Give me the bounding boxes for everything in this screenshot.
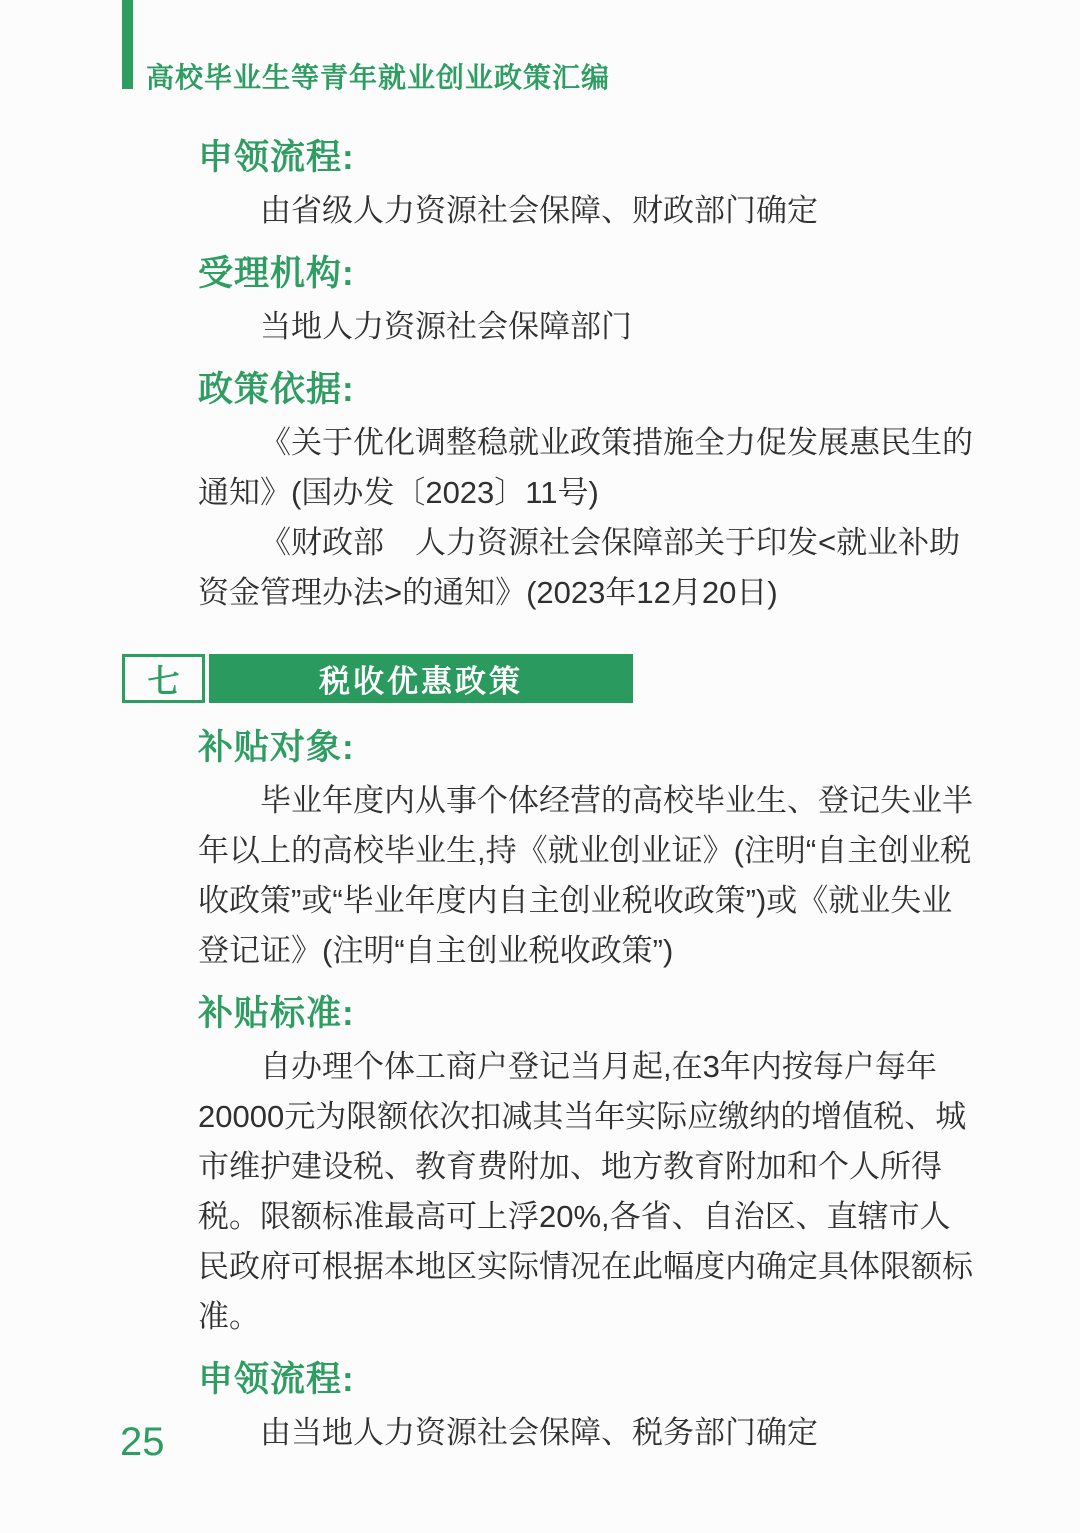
block-paragraph: 《关于优化调整稳就业政策措施全力促发展惠民生的通知》(国办发〔2023〕11号) bbox=[198, 418, 976, 518]
block-heading: 申领流程: bbox=[198, 1358, 976, 1402]
section-number-badge: 七 bbox=[122, 654, 205, 703]
page-content: 申领流程: 由省级人力资源社会保障、财政部门确定 受理机构: 当地人力资源社会保… bbox=[198, 136, 976, 1458]
block-paragraph: 由省级人力资源社会保障、财政部门确定 bbox=[198, 186, 976, 236]
block-paragraph: 当地人力资源社会保障部门 bbox=[198, 302, 976, 352]
block-heading: 补贴标准: bbox=[198, 992, 976, 1036]
block-paragraph: 毕业年度内从事个体经营的高校毕业生、登记失业半年以上的高校毕业生,持《就业创业证… bbox=[198, 776, 976, 976]
policy-block-subsidy-target: 补贴对象: 毕业年度内从事个体经营的高校毕业生、登记失业半年以上的高校毕业生,持… bbox=[198, 726, 976, 976]
block-heading: 申领流程: bbox=[198, 136, 976, 180]
policy-block-policy-basis: 政策依据: 《关于优化调整稳就业政策措施全力促发展惠民生的通知》(国办发〔202… bbox=[198, 368, 976, 618]
header-accent-bar bbox=[122, 0, 133, 89]
running-head-title: 高校毕业生等青年就业创业政策汇编 bbox=[146, 56, 610, 96]
block-paragraph: 《财政部 人力资源社会保障部关于印发<就业补助资金管理办法>的通知》(2023年… bbox=[198, 518, 976, 618]
policy-block-claim-process-2: 申领流程: 由当地人力资源社会保障、税务部门确定 bbox=[198, 1358, 976, 1458]
policy-block-subsidy-standard: 补贴标准: 自办理个体工商户登记当月起,在3年内按每户每年20000元为限额依次… bbox=[198, 992, 976, 1342]
block-paragraph: 由当地人力资源社会保障、税务部门确定 bbox=[198, 1408, 976, 1458]
block-heading: 受理机构: bbox=[198, 252, 976, 296]
policy-block-claim-process: 申领流程: 由省级人力资源社会保障、财政部门确定 bbox=[198, 136, 976, 236]
block-heading: 补贴对象: bbox=[198, 726, 976, 770]
policy-block-accepting-agency: 受理机构: 当地人力资源社会保障部门 bbox=[198, 252, 976, 352]
block-heading: 政策依据: bbox=[198, 368, 976, 412]
block-paragraph: 自办理个体工商户登记当月起,在3年内按每户每年20000元为限额依次扣减其当年实… bbox=[198, 1042, 976, 1342]
section-title-bar: 税收优惠政策 bbox=[209, 654, 633, 703]
document-page: 高校毕业生等青年就业创业政策汇编 申领流程: 由省级人力资源社会保障、财政部门确… bbox=[0, 0, 1080, 1533]
page-number: 25 bbox=[120, 1420, 165, 1465]
section-banner: 七 税收优惠政策 bbox=[122, 654, 633, 703]
